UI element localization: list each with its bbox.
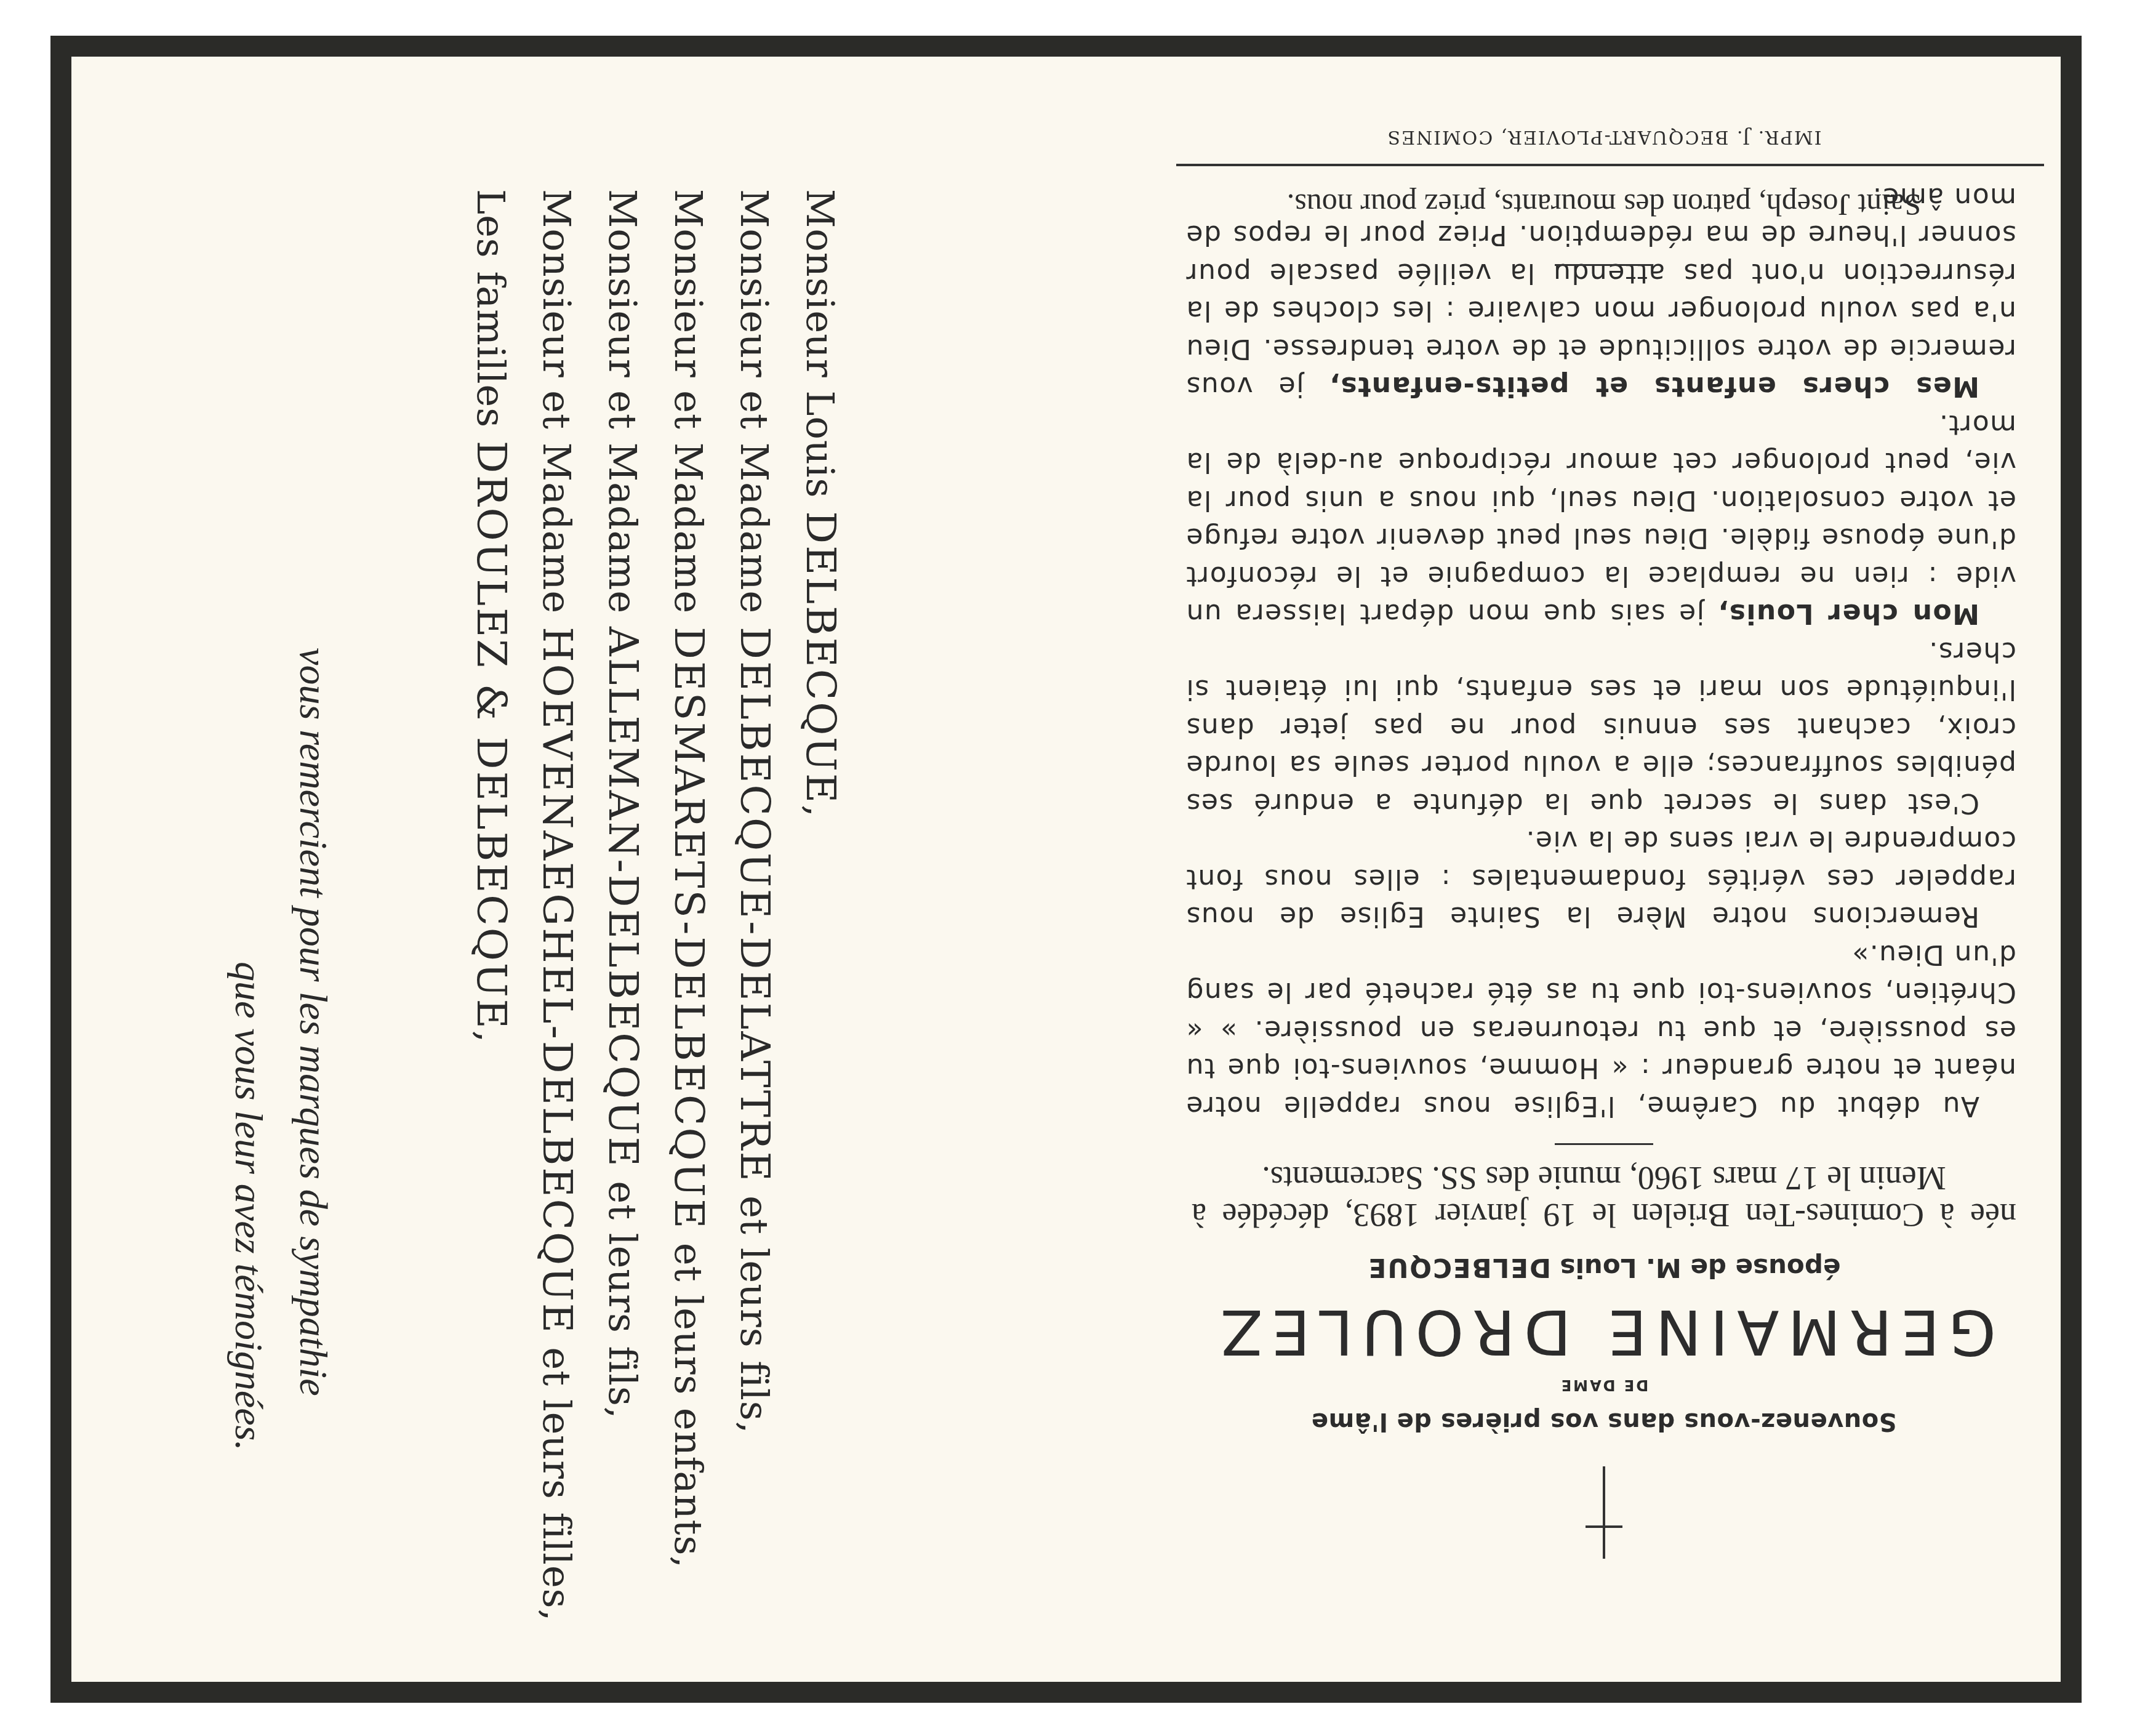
paragraph: Remercions notre Mère la Sainte Eglise d… <box>1185 822 2016 936</box>
thanks-line-2: que vous leur avez témoignées. <box>229 962 268 1450</box>
family-line: Monsieur Louis DELBECQUE, <box>800 189 841 818</box>
divider <box>1555 264 1653 266</box>
birth-death-info: née à Comines-Ten Brielen le 19 janvier … <box>1192 1160 2016 1234</box>
divider <box>1555 1143 1653 1145</box>
left-panel-acknowledgement: Monsieur Louis DELBECQUE, Monsieur et Ma… <box>71 57 1081 1682</box>
right-panel-memorial: Souvenez-vous dans vos prières de l'âme … <box>1130 57 2081 1682</box>
family-line: Monsieur et Madame HOEVENAEGHEL-DELBECQU… <box>537 189 577 1621</box>
paragraph: Au début du Carême, l'Eglise nous rappel… <box>1185 936 2016 1125</box>
souvenez-heading: Souvenez-vous dans vos prières de l'âme <box>1158 1407 2050 1436</box>
deceased-name: GERMAINE DROULEZ <box>1158 1296 2050 1368</box>
thanks-line-1: vous remercient pour les marques de symp… <box>294 648 333 1396</box>
family-line: Les familles DROULEZ & DELBECQUE, <box>471 189 511 1043</box>
family-line: Monsieur et Madame ALLEMAN-DELBECQUE et … <box>603 189 643 1420</box>
memorial-content: Souvenez-vous dans vos prières de l'âme … <box>1158 57 2050 1682</box>
paragraph: C'est dans le secret que la défunte a en… <box>1185 633 2016 822</box>
prayer-line: Saint Joseph, patron des mourants, priez… <box>1192 187 2016 223</box>
cross-icon <box>1579 1466 1629 1559</box>
paragraph: Mon cher Louis, je sais que mon départ l… <box>1185 406 2016 633</box>
divider <box>1176 164 2044 166</box>
memorial-text: Au début du Carême, l'Eglise nous rappel… <box>1185 179 2016 1125</box>
family-line: Monsieur et Madame DESMARETS-DELBECQUE e… <box>668 189 709 1569</box>
spouse-line: épouse de M. Louis DELBECQUE <box>1158 1253 2050 1283</box>
family-line: Monsieur et Madame DELBECQUE-DELATTRE et… <box>734 189 775 1434</box>
mourning-card: Monsieur Louis DELBECQUE, Monsieur et Ma… <box>50 36 2082 1703</box>
printer-imprint: IMPR. J. BECQUART-PLOVIER, COMINES <box>1158 126 2050 148</box>
de-dame-label: DE DAME <box>1158 1376 2050 1394</box>
